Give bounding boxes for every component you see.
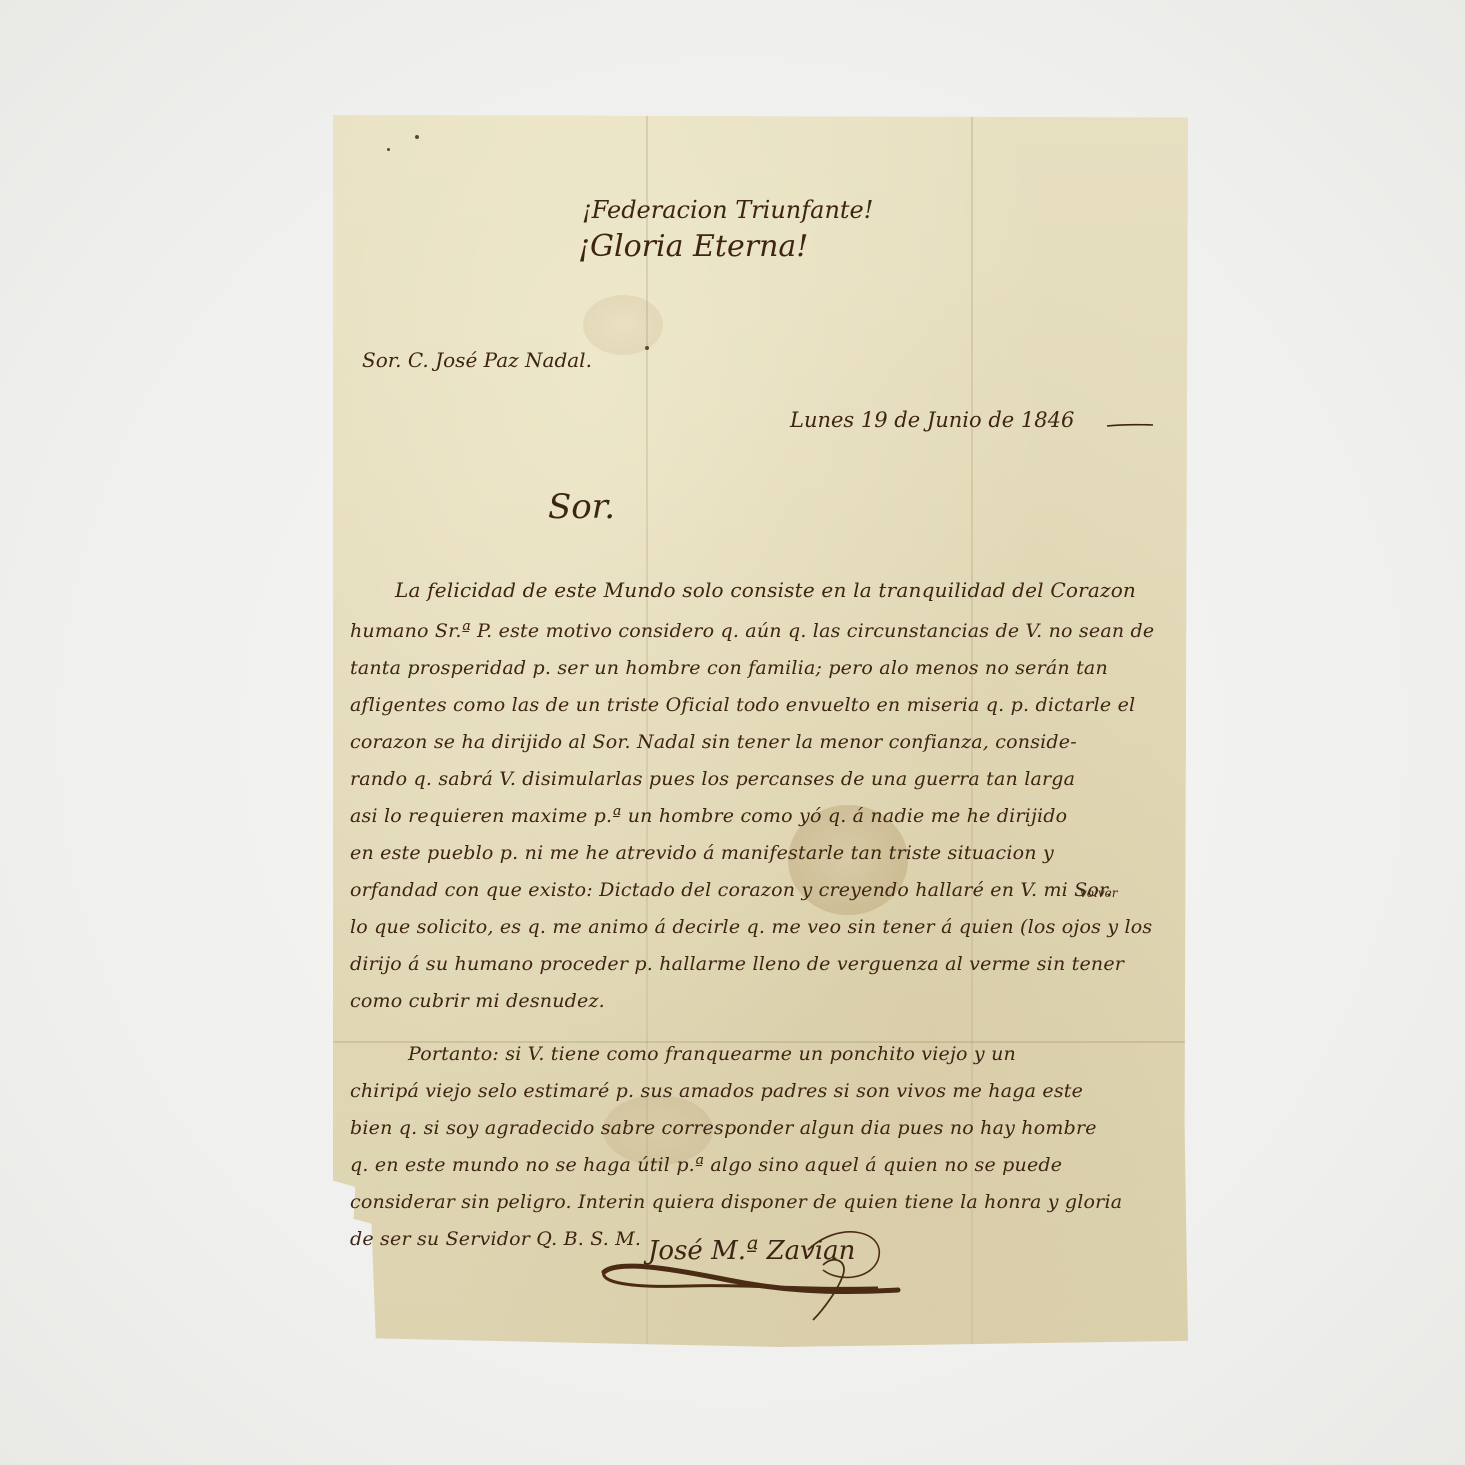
body-line: lo que solicito, es q. me animo á decirl… bbox=[350, 918, 1152, 937]
body-line: tanta prosperidad p. ser un hombre con f… bbox=[350, 659, 1108, 678]
water-stain bbox=[583, 295, 663, 355]
body-line: rando q. sabrá V. disimularlas pues los … bbox=[350, 770, 1075, 789]
salutation: Sor. bbox=[548, 490, 615, 524]
photo-background: ¡Federacion Triunfante! ¡Gloria Eterna! … bbox=[0, 0, 1465, 1465]
body-line: Portanto: si V. tiene como franquearme u… bbox=[408, 1045, 1016, 1064]
body-line: q. en este mundo no se haga útil p.ª alg… bbox=[350, 1156, 1062, 1175]
body-line: humano Sr.ª P. este motivo considero q. … bbox=[350, 622, 1154, 641]
body-line: orfandad con que existo: Dictado del cor… bbox=[350, 881, 1112, 900]
body-line: dirijo á su humano proceder p. hallarme … bbox=[350, 955, 1124, 974]
signature-rubric-icon bbox=[598, 1220, 908, 1330]
dateline-dash bbox=[1105, 420, 1155, 430]
body-line: asi lo requieren maxime p.ª un hombre co… bbox=[350, 807, 1067, 826]
heading-federacion: ¡Federacion Triunfante! bbox=[582, 198, 873, 222]
body-line: chiripá viejo selo estimaré p. sus amado… bbox=[350, 1082, 1083, 1101]
ink-speck bbox=[645, 346, 649, 350]
ink-speck bbox=[415, 135, 419, 139]
ink-speck bbox=[387, 148, 390, 151]
body-line: afligentes como las de un triste Oficial… bbox=[350, 696, 1135, 715]
body-line: considerar sin peligro. Interin quiera d… bbox=[350, 1193, 1122, 1212]
body-line: bien q. si soy agradecido sabre correspo… bbox=[350, 1119, 1097, 1138]
body-line: La felicidad de este Mundo solo consiste… bbox=[395, 580, 1136, 600]
body-line: en este pueblo p. ni me he atrevido á ma… bbox=[350, 844, 1054, 863]
body-line: corazon se ha dirijido al Sor. Nadal sin… bbox=[350, 733, 1077, 752]
interlinear-insertion: volver bbox=[1080, 887, 1117, 899]
heading-gloria: ¡Gloria Eterna! bbox=[578, 232, 808, 262]
addressee: Sor. C. José Paz Nadal. bbox=[362, 350, 592, 370]
dateline: Lunes 19 de Junio de 1846 bbox=[790, 410, 1074, 431]
body-line: como cubrir mi desnudez. bbox=[350, 992, 605, 1011]
